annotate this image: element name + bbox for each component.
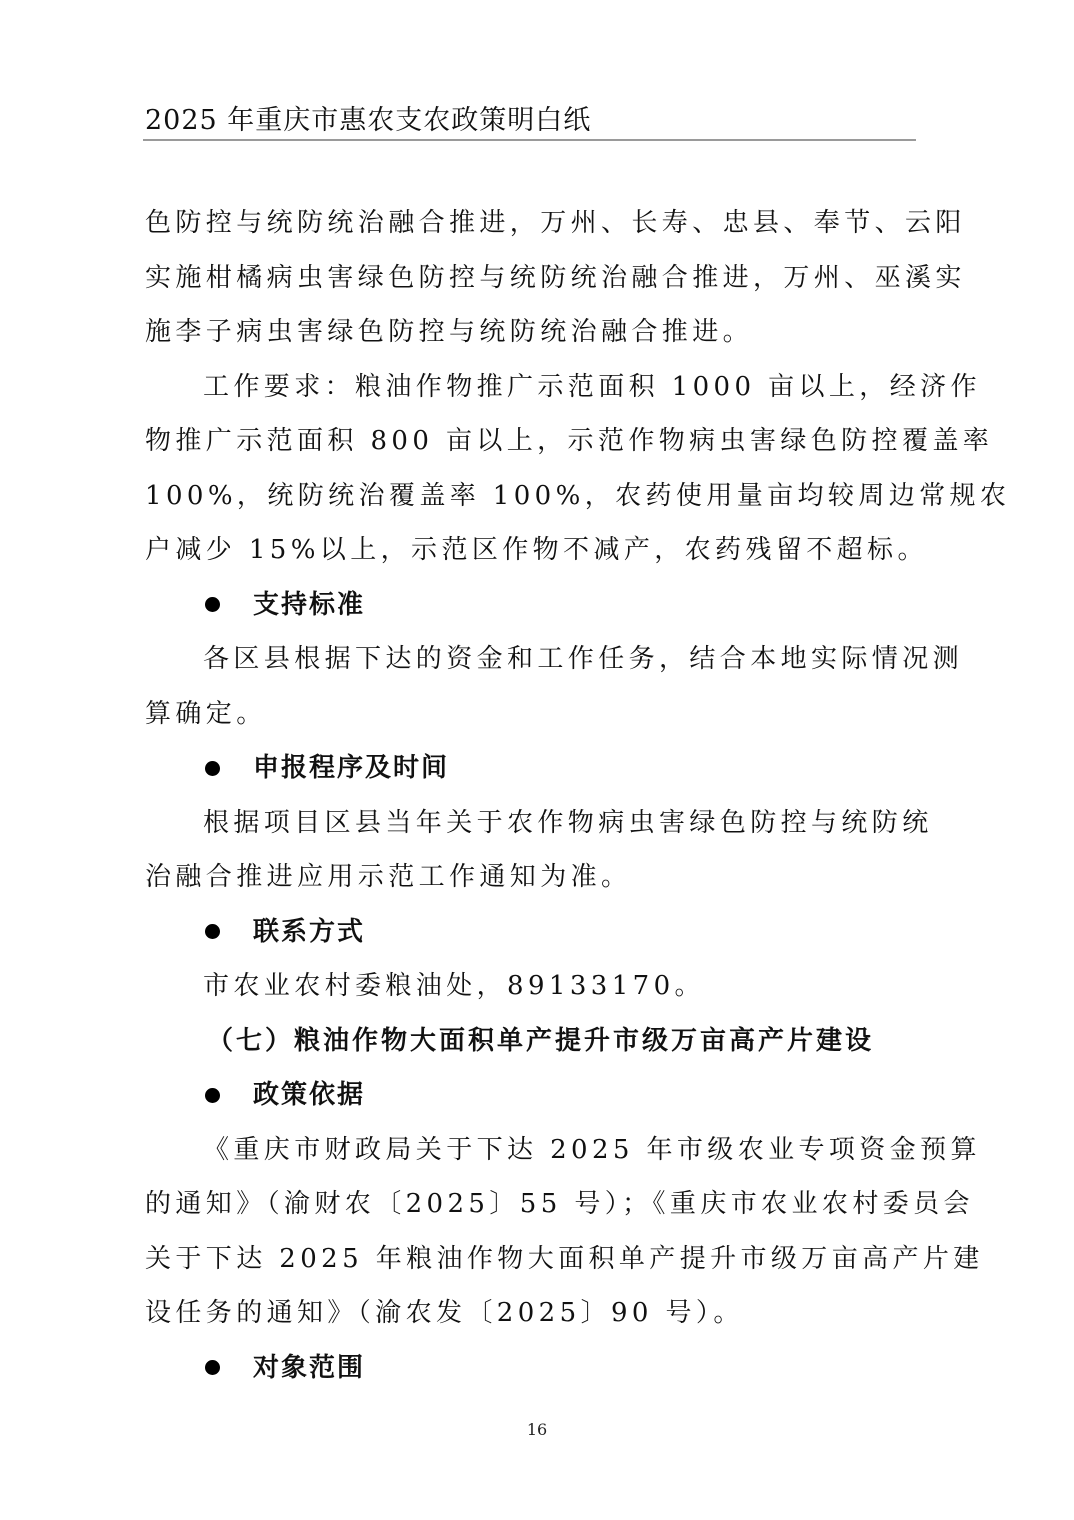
paragraph-line: 施李子病虫害绿色防控与统防统治融合推进。 <box>145 305 917 360</box>
paragraph-line: 实施柑橘病虫害绿色防控与统防统治融合推进，万州、巫溪实 <box>145 251 917 306</box>
paragraph-line: 各区县根据下达的资金和工作任务，结合本地实际情况测 <box>145 632 917 687</box>
paragraph-line: 户减少 15%以上，示范区作物不减产，农药残留不超标。 <box>145 523 917 578</box>
page-content: 色防控与统防统治融合推进，万州、长寿、忠县、奉节、云阳 实施柑橘病虫害绿色防控与… <box>145 196 917 1395</box>
paragraph-line: 《重庆市财政局关于下达 2025 年市级农业专项资金预算 <box>145 1123 917 1178</box>
heading-text: 联系方式 <box>253 905 365 960</box>
paragraph-line: 算确定。 <box>145 687 917 742</box>
paragraph-line: 物推广示范面积 800 亩以上，示范作物病虫害绿色防控覆盖率 <box>145 414 917 469</box>
policy-basis-heading: 政策依据 <box>145 1068 917 1123</box>
paragraph-line: 的通知》（渝财农〔2025〕55 号）；《重庆市农业农村委员会 <box>145 1177 917 1232</box>
heading-text: 对象范围 <box>253 1341 365 1396</box>
heading-text: 申报程序及时间 <box>253 741 449 796</box>
bullet-icon <box>205 1360 220 1375</box>
paragraph-line: 设任务的通知》（渝农发〔2025〕90 号）。 <box>145 1286 917 1341</box>
header-divider <box>143 139 916 141</box>
paragraph-line: 100%，统防统治覆盖率 100%，农药使用量亩均较周边常规农 <box>145 469 917 524</box>
paragraph-line: 治融合推进应用示范工作通知为准。 <box>145 850 917 905</box>
bullet-icon <box>205 597 220 612</box>
page-number: 16 <box>0 1420 1074 1439</box>
application-procedure-heading: 申报程序及时间 <box>145 741 917 796</box>
bullet-icon <box>205 924 220 939</box>
contact-info: 市农业农村委粮油处，89133170。 <box>145 959 917 1014</box>
support-standard-heading: 支持标准 <box>145 578 917 633</box>
contact-heading: 联系方式 <box>145 905 917 960</box>
bullet-icon <box>205 761 220 776</box>
paragraph-line: 根据项目区县当年关于农作物病虫害绿色防控与统防统 <box>145 796 917 851</box>
heading-text: 支持标准 <box>253 578 365 633</box>
paragraph-line: 色防控与统防统治融合推进，万州、长寿、忠县、奉节、云阳 <box>145 196 917 251</box>
heading-text: 政策依据 <box>253 1068 365 1123</box>
target-scope-heading: 对象范围 <box>145 1341 917 1396</box>
document-header-title: 2025 年重庆市惠农支农政策明白纸 <box>145 98 591 137</box>
paragraph-line: 工作要求：粮油作物推广示范面积 1000 亩以上，经济作 <box>145 360 917 415</box>
bullet-icon <box>205 1088 220 1103</box>
paragraph-line: 关于下达 2025 年粮油作物大面积单产提升市级万亩高产片建 <box>145 1232 917 1287</box>
section-seven-title: （七）粮油作物大面积单产提升市级万亩高产片建设 <box>145 1014 917 1069</box>
